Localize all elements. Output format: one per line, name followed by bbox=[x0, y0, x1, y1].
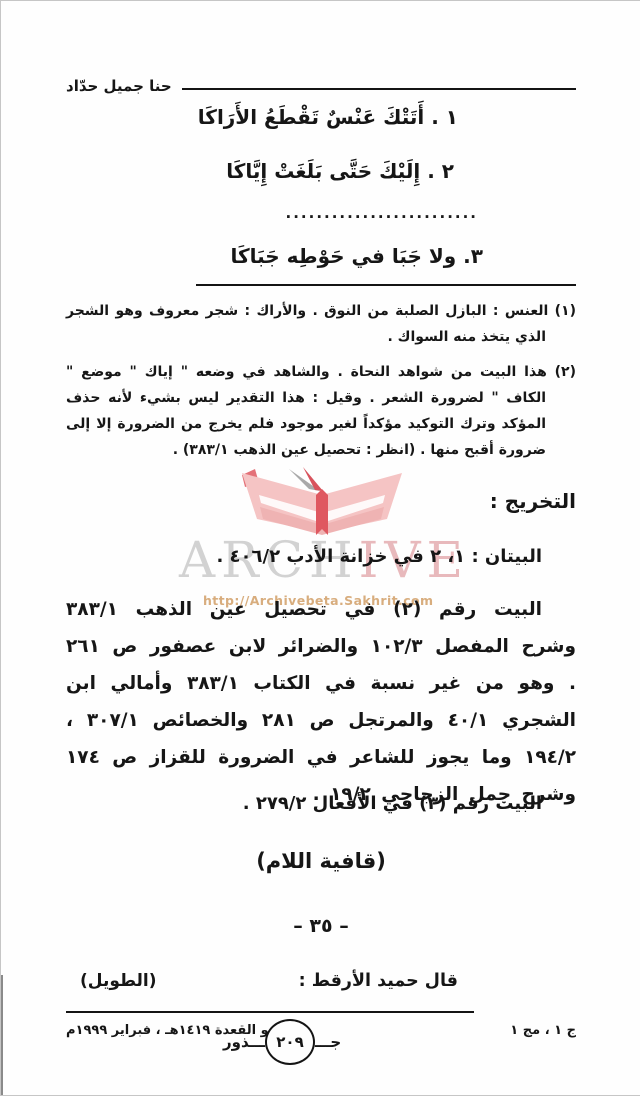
verse-number-2: ٢ . bbox=[425, 159, 452, 183]
verse-text-2: إِلَيْكَ حَتَّى بَلَغَتْ إِيَّاكَا bbox=[224, 159, 418, 183]
poem-number: – ٣٥ – bbox=[64, 915, 574, 937]
verse-text-1: أَتَتْكَ عَنْسٌ تَقْطَعُ الأَرَاكَا bbox=[196, 105, 422, 129]
qafiya-heading: (قافية اللام) bbox=[64, 849, 574, 873]
footnote-1: (١) العنس : البازل الصلبة من النوق . وال… bbox=[64, 298, 574, 350]
verse-line-1: ١ . أَتَتْكَ عَنْسٌ تَقْطَعُ الأَرَاكَا bbox=[64, 105, 574, 129]
footer-volume: ج ١ ، مج ١ bbox=[508, 1023, 574, 1038]
verse-number-3: ٣. bbox=[461, 244, 481, 268]
journal-name-left: ـــذور bbox=[221, 1033, 263, 1051]
verse-text-3: ولا جَبَا في حَوْطِه جَبَاكَا bbox=[228, 244, 454, 268]
meter-label: (الطويل) bbox=[64, 971, 155, 991]
takhrij-line-3: البيت رقم (٣) في الأفعال ٢٧٩/٢ . bbox=[64, 793, 574, 814]
author-name: حنا جميل حدّاد bbox=[64, 77, 170, 95]
attribution-text: قال حميد الأرقط : bbox=[297, 971, 574, 991]
scanned-page: ARCHIVE http://Archivebeta.Sakhrit.com ح… bbox=[0, 0, 640, 1096]
footnote-2: (٢) هذا البيت من شواهد النحاة . والشاهد … bbox=[64, 359, 574, 463]
takhrij-paragraph: البيت رقم (٢) في تحصيل عين الذهب ٣٨٣/١ و… bbox=[64, 591, 574, 813]
attribution-row: قال حميد الأرقط : (الطويل) bbox=[64, 971, 574, 991]
verse-line-3: ٣. ولا جَبَا في حَوْطِه جَبَاكَا bbox=[64, 244, 574, 268]
takhrij-line-1: البيتان : ١، ٢ في خزانة الأدب ٤٠٦/٢ . bbox=[64, 546, 574, 567]
journal-name-right: جـــ bbox=[313, 1033, 339, 1051]
verse-number-1: ١ . bbox=[429, 105, 456, 129]
omitted-verse-ellipsis: ......................... bbox=[64, 204, 574, 222]
header-rule bbox=[180, 88, 574, 90]
verse-line-2: ٢ . إِلَيْكَ حَتَّى بَلَغَتْ إِيَّاكَا bbox=[64, 159, 574, 183]
journal-name-with-page: جـــ ٢٠٩ ـــذور bbox=[221, 1019, 339, 1065]
page-number-oval: ٢٠٩ bbox=[263, 1019, 313, 1065]
page-header: حنا جميل حدّاد bbox=[64, 77, 574, 95]
footer-rule bbox=[64, 1011, 472, 1013]
takhrij-heading: التخريج : bbox=[64, 489, 574, 513]
footnote-separator bbox=[194, 284, 574, 286]
scan-edge-artifact bbox=[0, 975, 1, 1095]
